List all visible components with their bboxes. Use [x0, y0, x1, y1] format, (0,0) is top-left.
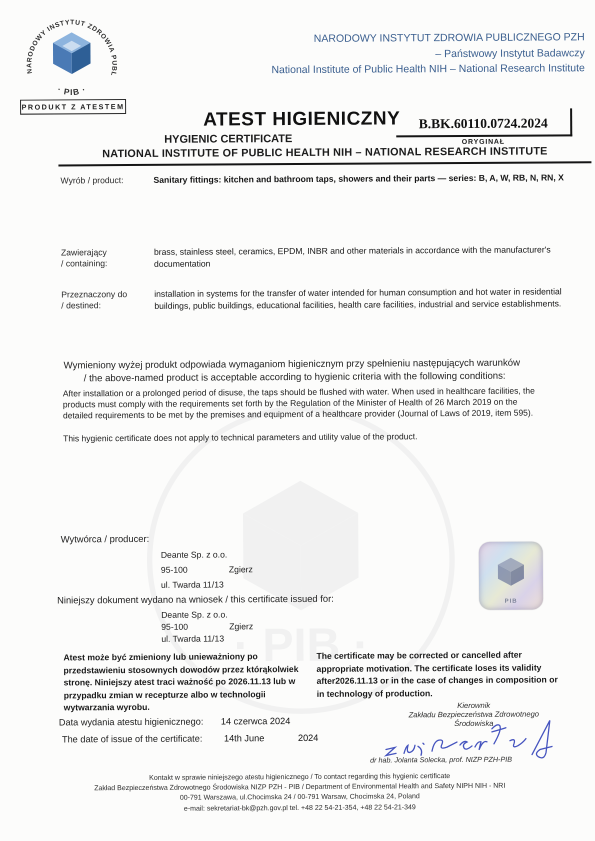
pzh-cube-icon — [53, 32, 91, 74]
institute-name-pl: NARODOWY INSTYTUT ZDROWIA PUBLICZNEGO PZ… — [271, 30, 585, 47]
conditions-disclaimer: This hygienic certificate does not apply… — [63, 430, 545, 443]
producer-postal: 95-100 — [161, 565, 188, 576]
destined-value: installation in systems for the transfer… — [154, 286, 584, 312]
producer-label: Wytwórca / producer: — [61, 533, 150, 545]
institute-header: NARODOWY INSTYTUT ZDROWIA PUBLICZNEGO PZ… — [271, 30, 585, 78]
issue-date-label-pl: Data wydania atestu higienicznego: — [59, 717, 204, 728]
validity-note-en: The certificate may be corrected or canc… — [316, 648, 562, 700]
applicant-street: ul. Twarda 11/13 — [161, 633, 224, 644]
producer-city: Zgierz — [229, 564, 253, 575]
containing-label: Zawierający / containing: — [61, 247, 153, 270]
holographic-seal: PIB — [479, 542, 543, 610]
product-label: Wyrób / product: — [60, 175, 152, 187]
issue-date-label-en: The date of issue of the certificate: — [62, 734, 203, 745]
seal-cube-icon — [493, 554, 529, 590]
conditions-intro-pl: Wymieniony wyżej produkt odpowiada wymag… — [64, 357, 589, 371]
certificate-title-pl: ATEST HIGIENICZNY — [203, 108, 400, 131]
footer-line4: e-mail: sekretariat-bk@pzh.gov.pl tel. +… — [22, 802, 577, 816]
applicant-city: Zgierz — [229, 621, 253, 632]
issue-date-value-pl: 14 czerwca 2024 — [221, 716, 291, 726]
logo-pib-text: · PIB · — [56, 84, 88, 97]
applicant-label: Niniejszy dokument wydano na wniosek / t… — [57, 593, 334, 606]
pzh-institute-logo: NARODOWY INSTYTUT ZDROWIA PUBLICZNEGO · … — [19, 9, 124, 106]
conditions-body: After installation or a prolonged period… — [63, 385, 545, 421]
validity-note-pl: Atest może być zmieniony lub unieważnion… — [63, 650, 317, 715]
seal-pib-label: PIB — [479, 599, 543, 605]
producer-street: ul. Twarda 11/13 — [161, 579, 224, 590]
containing-value: brass, stainless steel, ceramics, EPDM, … — [154, 244, 579, 270]
institute-line: NATIONAL INSTITUTE OF PUBLIC HEALTH NIH … — [58, 145, 591, 160]
product-value: Sanitary fittings: kitchen and bathroom … — [153, 172, 585, 186]
destined-label-en: / destined: — [61, 300, 153, 312]
conditions-intro-en: / the above-named product is acceptable … — [84, 370, 589, 384]
certificate-page: NARODOWY INSTYTUT ZDROWIA PUBLICZNEGO · … — [0, 0, 595, 841]
applicant-postal: 95-100 — [161, 622, 188, 633]
applicant-name: Deante Sp. z o.o. — [161, 609, 227, 620]
signatory-name: dr hab. Jolanta Solecka, prof. NIZP PZH-… — [370, 754, 580, 764]
footer-contact: Kontakt w sprawie niniejszego atestu hig… — [22, 771, 577, 815]
containing-label-en: / containing: — [61, 258, 153, 270]
destined-label-pl: Przeznaczony do — [61, 289, 153, 301]
destined-label: Przeznaczony do / destined: — [61, 289, 153, 312]
title-divider — [58, 161, 591, 166]
issue-date-value-en: 14th June — [224, 733, 264, 743]
producer-name: Deante Sp. z o.o. — [161, 549, 227, 560]
badge-label: PRODUKT Z ATESTEM — [22, 102, 125, 112]
scanned-sheet: NARODOWY INSTYTUT ZDROWIA PUBLICZNEGO · … — [0, 0, 595, 841]
certificate-number: B.BK.60110.0724.2024 — [396, 108, 572, 137]
issue-year-en: 2024 — [298, 733, 319, 743]
containing-label-pl: Zawierający — [61, 247, 153, 259]
certificate-title-en: HYGIENIC CERTIFICATE — [63, 132, 393, 146]
product-with-certificate-badge: PRODUKT Z ATESTEM — [20, 99, 126, 115]
institute-name-en: National Institute of Public Health NIH … — [271, 61, 585, 78]
